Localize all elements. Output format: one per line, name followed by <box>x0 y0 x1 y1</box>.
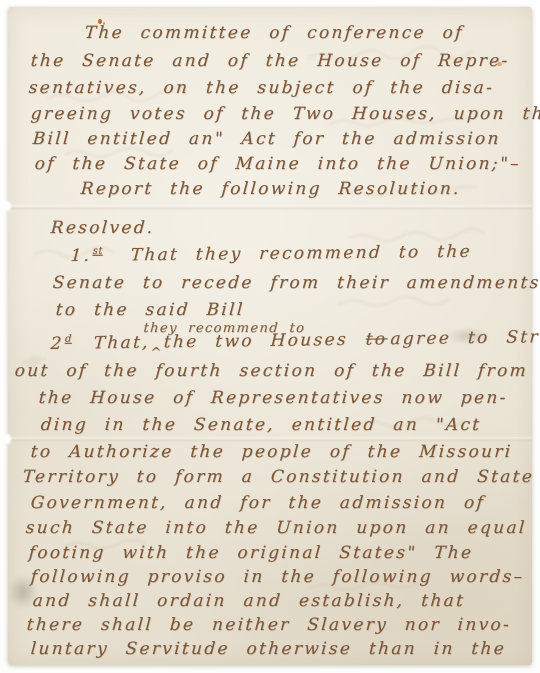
manuscript-line-13: out of the fourth section of the Bill fr… <box>14 361 529 381</box>
manuscript-line-15: ding in the Senate, entitled an "Act <box>40 415 482 435</box>
manuscript-line-10: Senate to recede from their amendments <box>52 273 540 293</box>
struck-out-word: to <box>365 329 388 349</box>
manuscript-line-2: the Senate and of the House of Repre- <box>30 51 510 71</box>
ordinal-number: 2 <box>50 334 64 354</box>
paper-edge-notch <box>4 434 11 444</box>
manuscript-line-second-resolution: 2dThat,^the two Houses toagree to Strike <box>50 327 540 354</box>
manuscript-line-23: there shall be neither Slavery nor invo- <box>26 615 512 635</box>
manuscript-line-17: Territory to form a Constitution and Sta… <box>22 467 535 487</box>
caret-insertion-mark: ^ <box>150 345 162 360</box>
manuscript-line-19: such State into the Union upon an equal <box>25 518 527 538</box>
manuscript-line-18: Government, and for the admission of <box>30 493 486 513</box>
manuscript-line-14: the House of Representatives now pen- <box>38 388 508 408</box>
manuscript-line-3: sentatives, on the subject of the disa- <box>28 78 495 98</box>
line-text: agree to Strike <box>390 327 540 350</box>
manuscript-line-6: of the State of Maine into the Union;"– <box>34 154 522 174</box>
manuscript-line-5: Bill entitled an" Act for the admission <box>32 129 501 149</box>
line-text: That they recommend to the <box>130 242 473 266</box>
manuscript-line-1: The committee of conference of <box>84 23 464 43</box>
manuscript-line-report: Report the following Resolution. <box>80 179 462 199</box>
manuscript-line-21: following proviso in the following words… <box>30 567 525 587</box>
ordinal-number: 1. <box>70 246 92 266</box>
manuscript-line-11: to the said Bill <box>55 300 245 320</box>
line-text: That, <box>93 333 150 354</box>
manuscript-line-resolved: Resolved. <box>50 218 155 238</box>
line-text: the two Houses <box>163 330 348 353</box>
manuscript-page: The committee of conference of the Senat… <box>8 7 532 665</box>
manuscript-line-20: footing with the original States" The <box>28 543 474 563</box>
ordinal-suffix: st <box>92 246 103 257</box>
document-photo: The committee of conference of the Senat… <box>0 0 540 673</box>
manuscript-line-4: greeing votes of the Two Houses, upon th… <box>30 104 540 124</box>
manuscript-line-24: luntary Servitude otherwise than in the <box>30 639 507 659</box>
ordinal-suffix: d <box>65 334 73 345</box>
manuscript-line-22: and shall ordain and establish, that <box>32 591 466 611</box>
paper-edge-notch <box>4 201 11 211</box>
fold-crease-upper <box>8 205 532 210</box>
manuscript-line-first-resolution: 1.stThat they recommend to the <box>70 242 473 266</box>
manuscript-line-16: to Authorize the people of the Missouri <box>30 442 513 462</box>
